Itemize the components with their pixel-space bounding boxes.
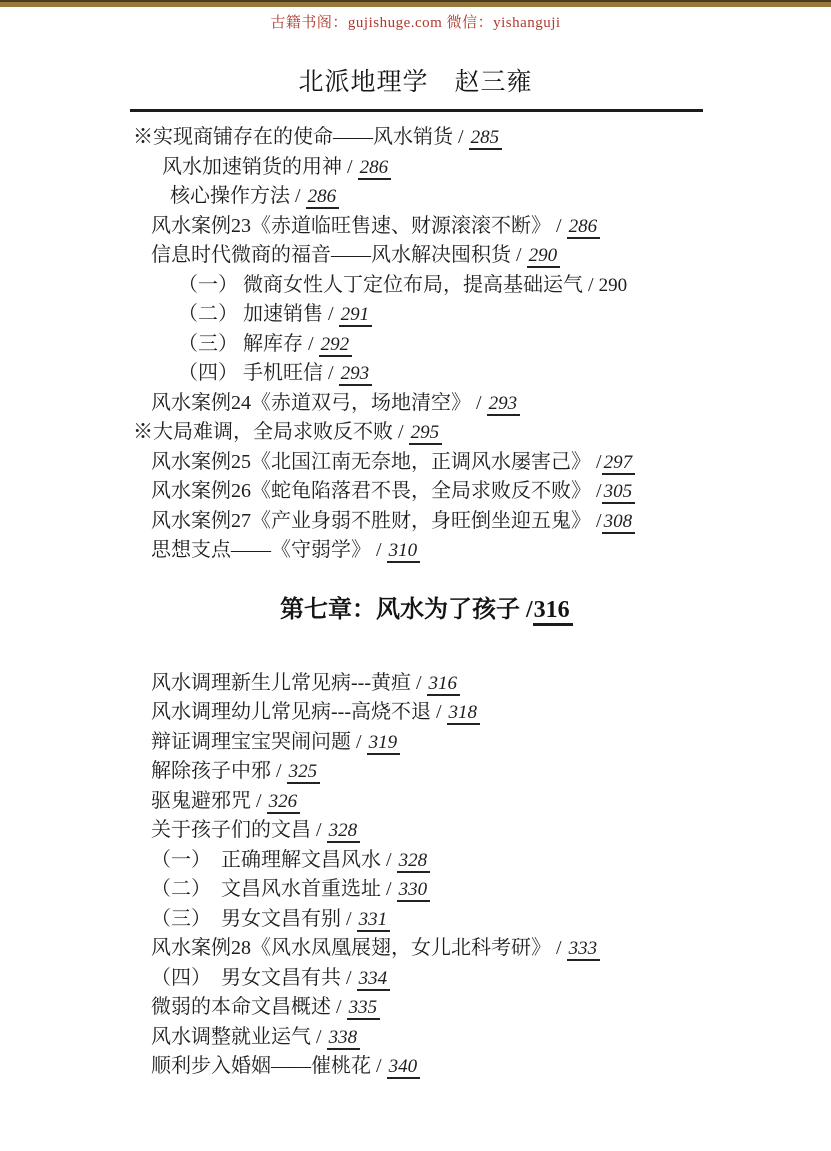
toc-entry-page-number: 308 [602, 511, 636, 534]
toc-entry-separator: / [453, 126, 469, 148]
toc-entry-separator: / [591, 510, 602, 532]
toc-entry: （三） 男女文昌有别 / 331 [151, 905, 831, 935]
toc-entry-page-number: 318 [447, 702, 481, 725]
toc-entry-separator: / [591, 480, 602, 502]
toc-entry-title: （三） 解库存 [178, 333, 303, 355]
toc-entry-title: 驱鬼避邪咒 [151, 790, 251, 812]
toc-entry-separator: / [591, 451, 602, 473]
toc-entry-page-number: 326 [267, 791, 301, 814]
toc-entry-page-number: 331 [357, 909, 391, 932]
toc-entry-separator: / [411, 672, 427, 694]
toc-entry-title: 信息时代微商的福音——风水解决囤积货 [151, 244, 511, 266]
toc-entry: 风水案例26《蛇龟陷落君不畏，全局求败反不败》 /305 [151, 477, 831, 507]
toc-entry-page-number: 297 [602, 452, 636, 475]
toc-entry: 风水调理幼儿常见病---高烧不退 / 318 [151, 698, 831, 728]
toc-entry-title: （四） 男女文昌有共 [151, 967, 341, 989]
toc-entry-separator: / [371, 539, 387, 561]
chapter-title: 第七章：风水为了孩子 [280, 597, 520, 623]
toc-entry-separator: / [393, 421, 409, 443]
toc-entry: 风水案例24《赤道双弓，场地清空》 / 293 [151, 389, 831, 419]
toc-entry: （一） 微商女性人丁定位布局，提高基础运气 / 290 [178, 271, 831, 301]
watermark-text: 古籍书阁：gujishuge.com 微信：yishanguji [0, 11, 831, 32]
toc-entry-title: ※大局难调，全局求败反不败 [133, 421, 393, 443]
toc-entry-separator: / [351, 731, 367, 753]
toc-entry-separator: / [311, 1026, 327, 1048]
toc-entry: 风水加速销货的用神 / 286 [162, 153, 831, 183]
toc-entry-title: 风水案例25《北国江南无奈地，正调风水屡害己》 [151, 451, 591, 473]
toc-entry-separator: / [311, 819, 327, 841]
toc-entry: 驱鬼避邪咒 / 326 [151, 787, 831, 817]
toc-entry-title: （一） 正确理解文昌风水 [151, 849, 381, 871]
toc-entry-title: 风水案例28《风水凤凰展翅，女儿北科考研》 [151, 937, 551, 959]
toc-entry-separator: / [251, 790, 267, 812]
toc-entry-page-number: 334 [357, 968, 391, 991]
toc-entry-page-number: 285 [469, 127, 503, 150]
toc-entry-page-number: 338 [327, 1027, 361, 1050]
toc-entry-page-number: 292 [319, 334, 353, 357]
toc-entry-separator: / [471, 392, 487, 414]
chapter-heading: 第七章：风水为了孩子 /316 [280, 593, 831, 627]
toc-entry: 风水调理新生儿常见病---黄疸 / 316 [151, 669, 831, 699]
toc-entry-separator: / [583, 274, 599, 296]
toc-entry: 风水调整就业运气 / 338 [151, 1023, 831, 1053]
toc-entry-page-number: 330 [397, 879, 431, 902]
toc-entry-title: 辩证调理宝宝哭闹问题 [151, 731, 351, 753]
toc-entry-page-number: 340 [387, 1056, 421, 1079]
toc-entry-separator: / [371, 1055, 387, 1077]
toc-entry-title: （三） 男女文昌有别 [151, 908, 341, 930]
toc-entry-page-number: 293 [487, 393, 521, 416]
toc-entry-title: （四） 手机旺信 [178, 362, 323, 384]
toc-entry-separator: / [381, 849, 397, 871]
toc-section-1: ※实现商铺存在的使命——风水销货 / 285风水加速销货的用神 / 286核心操… [133, 123, 831, 566]
toc-entry-title: 关于孩子们的文昌 [151, 819, 311, 841]
toc-entry-page-number: 328 [327, 820, 361, 843]
toc-entry: 信息时代微商的福音——风水解决囤积货 / 290 [151, 241, 831, 271]
toc-entry-page-number: 316 [427, 673, 461, 696]
toc-entry-separator: / [342, 156, 358, 178]
toc-entry-separator: / [323, 303, 339, 325]
toc-entry: （二） 文昌风水首重选址 / 330 [151, 875, 831, 905]
toc-entry: （二） 加速销售 / 291 [178, 300, 831, 330]
toc-entry-separator: / [341, 908, 357, 930]
toc-entry-page-number: 310 [387, 540, 421, 563]
toc-entry-title: （二） 文昌风水首重选址 [151, 878, 381, 900]
toc-entry-page-number: 290 [599, 275, 628, 296]
toc-entry: 辩证调理宝宝哭闹问题 / 319 [151, 728, 831, 758]
toc-entry-separator: / [511, 244, 527, 266]
toc-entry-title: （一） 微商女性人丁定位布局，提高基础运气 [178, 274, 583, 296]
toc-entry-separator: / [431, 701, 447, 723]
toc-entry-title: （二） 加速销售 [178, 303, 323, 325]
top-banner-bar [0, 0, 831, 7]
toc-entry: 关于孩子们的文昌 / 328 [151, 816, 831, 846]
toc-entry-page-number: 305 [602, 481, 636, 504]
toc-entry: 核心操作方法 / 286 [170, 182, 831, 212]
toc-entry-title: 微弱的本命文昌概述 [151, 996, 331, 1018]
toc-entry-separator: / [551, 215, 567, 237]
toc-entry-page-number: 319 [367, 732, 401, 755]
toc-entry: 思想支点——《守弱学》 / 310 [151, 536, 831, 566]
toc-entry-title: 核心操作方法 [170, 185, 290, 207]
toc-entry-title: 解除孩子中邪 [151, 760, 271, 782]
toc-entry-page-number: 335 [347, 997, 381, 1020]
toc-entry-title: 风水调理新生儿常见病---黄疸 [151, 672, 411, 694]
toc-entry-title: 风水案例23《赤道临旺售速、财源滚滚不断》 [151, 215, 551, 237]
toc-entry-separator: / [303, 333, 319, 355]
toc-entry: 风水案例28《风水凤凰展翅，女儿北科考研》 / 333 [151, 934, 831, 964]
toc-entry-title: ※实现商铺存在的使命——风水销货 [133, 126, 453, 148]
toc-entry: （四） 手机旺信 / 293 [178, 359, 831, 389]
toc-entry: 风水案例25《北国江南无奈地，正调风水屡害己》 /297 [151, 448, 831, 478]
toc-entry-page-number: 286 [306, 186, 340, 209]
toc-entry-title: 风水加速销货的用神 [162, 156, 342, 178]
toc-entry: 顺利步入婚姻——催桃花 / 340 [151, 1052, 831, 1082]
toc-entry-separator: / [381, 878, 397, 900]
toc-entry-title: 风水调整就业运气 [151, 1026, 311, 1048]
toc-entry-title: 风水调理幼儿常见病---高烧不退 [151, 701, 431, 723]
toc-entry: （四） 男女文昌有共 / 334 [151, 964, 831, 994]
toc-entry-page-number: 333 [567, 938, 601, 961]
toc-entry: 解除孩子中邪 / 325 [151, 757, 831, 787]
toc-entry-separator: / [331, 996, 347, 1018]
toc-entry: ※实现商铺存在的使命——风水销货 / 285 [133, 123, 831, 153]
toc-entry: 微弱的本命文昌概述 / 335 [151, 993, 831, 1023]
toc-entry-separator: / [551, 937, 567, 959]
toc-entry-separator: / [290, 185, 306, 207]
toc-entry-separator: / [271, 760, 287, 782]
toc-section-2: 风水调理新生儿常见病---黄疸 / 316风水调理幼儿常见病---高烧不退 / … [133, 669, 831, 1082]
header-divider-line [130, 109, 703, 112]
toc-entry-page-number: 286 [567, 216, 601, 239]
toc-entry-title: 风水案例24《赤道双弓，场地清空》 [151, 392, 471, 414]
toc-entry-page-number: 325 [287, 761, 321, 784]
toc-entry-separator: / [323, 362, 339, 384]
toc-entry-page-number: 328 [397, 850, 431, 873]
toc-entry: （三） 解库存 / 292 [178, 330, 831, 360]
chapter-page-number: 316 [533, 597, 573, 626]
toc-entry-title: 风水案例26《蛇龟陷落君不畏，全局求败反不败》 [151, 480, 591, 502]
toc-entry-page-number: 291 [339, 304, 373, 327]
toc-entry-separator: / [341, 967, 357, 989]
toc-entry-title: 顺利步入婚姻——催桃花 [151, 1055, 371, 1077]
toc-entry: （一） 正确理解文昌风水 / 328 [151, 846, 831, 876]
page-title: 北派地理学 赵三雍 [0, 62, 831, 98]
toc-entry: 风水案例27《产业身弱不胜财，身旺倒坐迎五鬼》 /308 [151, 507, 831, 537]
toc-entry: ※大局难调，全局求败反不败 / 295 [133, 418, 831, 448]
toc-entry-page-number: 295 [409, 422, 443, 445]
toc-entry-page-number: 293 [339, 363, 373, 386]
toc-entry-title: 思想支点——《守弱学》 [151, 539, 371, 561]
toc-entry-title: 风水案例27《产业身弱不胜财，身旺倒坐迎五鬼》 [151, 510, 591, 532]
toc-entry-page-number: 286 [358, 157, 392, 180]
chapter-separator: / [520, 597, 533, 623]
toc-entry: 风水案例23《赤道临旺售速、财源滚滚不断》 / 286 [151, 212, 831, 242]
toc-entry-page-number: 290 [527, 245, 561, 268]
